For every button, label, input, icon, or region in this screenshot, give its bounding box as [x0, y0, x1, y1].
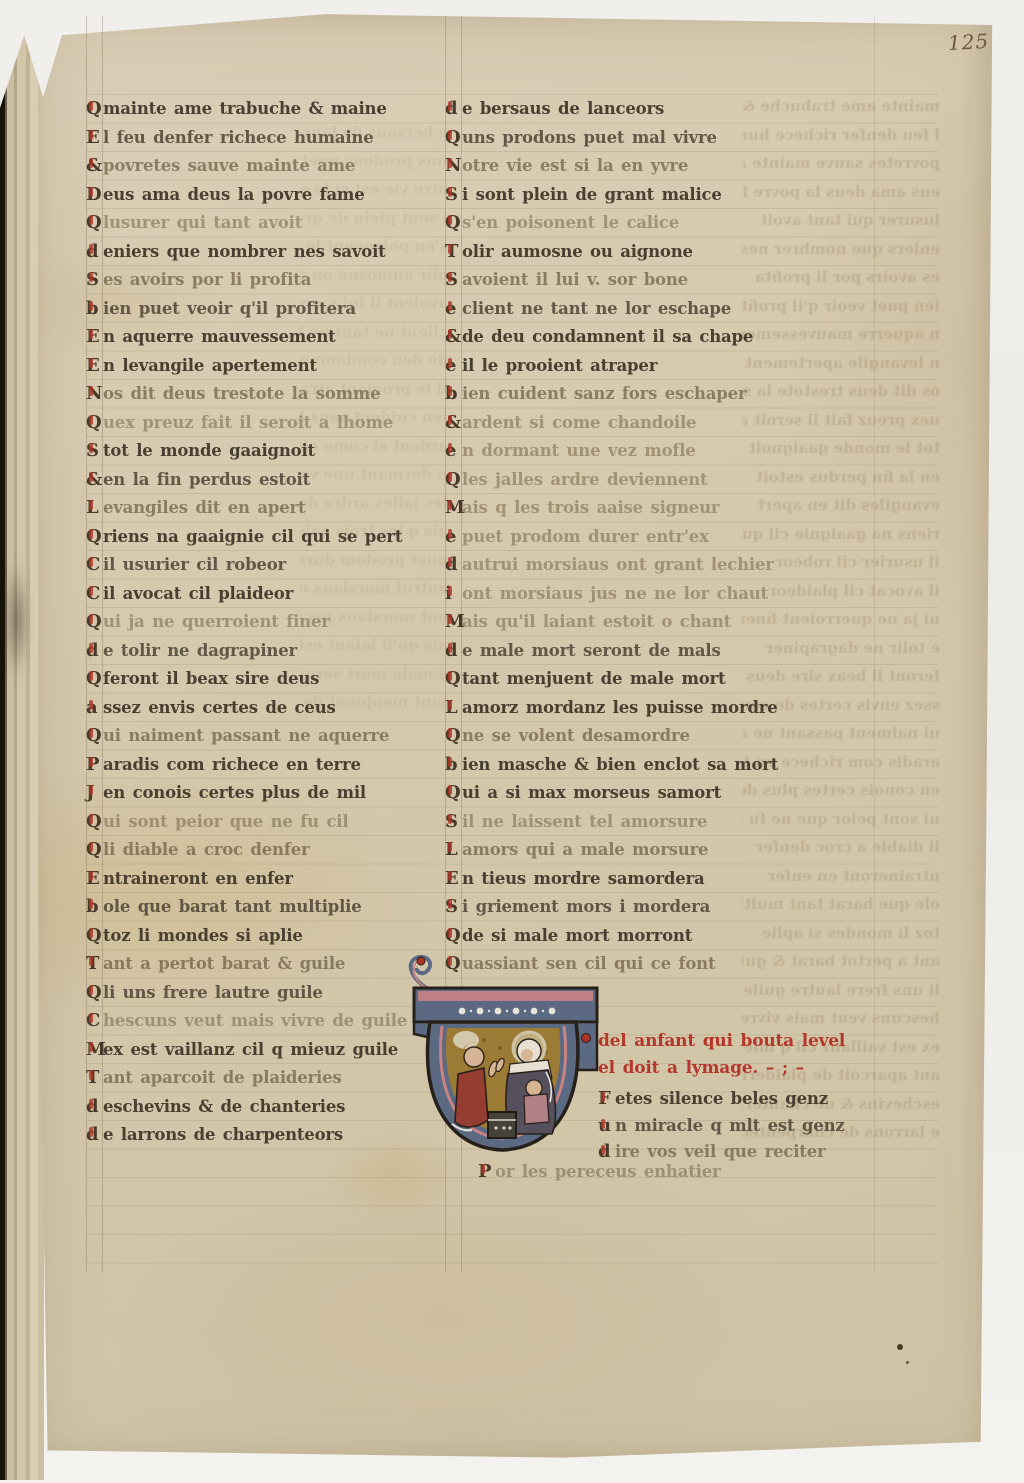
worm-hole-small [906, 1361, 909, 1364]
verse-line: Qui a si max morseus samort [445, 779, 885, 808]
line-initial: T [86, 950, 103, 979]
line-initial: S [445, 181, 462, 210]
line-initial: & [86, 466, 103, 495]
verse-text: ant aparcoit de plaideries [103, 1068, 341, 1087]
line-initial: Q [86, 409, 103, 438]
miracle-opening-lines: Fetes silence beles genzun miracle q mlt… [598, 1086, 845, 1166]
verse-text: client ne tant ne lor eschape [462, 299, 731, 318]
verse-text: n aquerre mauvessement [103, 327, 336, 346]
line-initial: b [86, 295, 103, 324]
verse-line: Mais qu'il laiant estoit o chant [445, 608, 885, 637]
verse-text: e larrons de charpenteors [103, 1125, 343, 1144]
verse-text: de deu condamnent il sa chape [462, 327, 753, 346]
verse-line: Sil ne laissent tel amorsure [445, 808, 885, 837]
line-initial: e [445, 437, 462, 466]
gutter-smudge [4, 560, 30, 680]
verse-line: iont morsiaus jus ne ne lor chaut [445, 580, 885, 609]
verse-line: Fetes silence beles genz [598, 1086, 845, 1113]
line-initial: S [445, 266, 462, 295]
line-initial: N [86, 380, 103, 409]
verse-text: olir aumosne ou aignone [462, 242, 693, 261]
verse-line: Deus ama deus la povre fame [86, 181, 451, 210]
line-initial: b [445, 751, 462, 780]
verse-line: &de deu condamnent il sa chape [445, 323, 885, 352]
line-initial: e [445, 352, 462, 381]
verse-line: En aquerre mauvessement [86, 323, 451, 352]
verse-line: El feu denfer richece humaine [86, 124, 451, 153]
verse-text: il avocat cil plaideor [103, 584, 293, 603]
verse-text: eschevins & de chanteries [103, 1097, 345, 1116]
verse-text: etes silence beles genz [615, 1089, 828, 1108]
verse-text: ais qu'il laiant estoit o chant [462, 612, 731, 631]
line-initial: Q [445, 665, 462, 694]
verse-line: Qli diable a croc denfer [86, 836, 451, 865]
verse-text: uassiant sen cil qui ce font [462, 954, 715, 973]
line-initial: b [445, 380, 462, 409]
verse-line: Qli uns frere lautre guile [86, 979, 451, 1008]
verse-line: bien puet veoir q'il profitera [86, 295, 451, 324]
line-initial: S [86, 437, 103, 466]
line-initial: Q [86, 608, 103, 637]
line-initial: E [86, 323, 103, 352]
verse-text: hescuns veut mais vivre de guile [103, 1011, 407, 1030]
line-initial: & [445, 409, 462, 438]
line-initial: u [598, 1113, 615, 1140]
line-initial: Q [86, 836, 103, 865]
worm-hole [897, 1344, 903, 1350]
line-initial: Q [445, 124, 462, 153]
line-initial: C [86, 580, 103, 609]
line-initial: M [445, 494, 462, 523]
line-initial: b [86, 893, 103, 922]
verse-text: eus ama deus la povre fame [103, 185, 365, 204]
verse-text: mainte ame trabuche & maine [103, 99, 387, 118]
verse-line: En tieus mordre samordera [445, 865, 885, 894]
verse-text: povretes sauve mainte ame [103, 156, 355, 175]
verse-line: Qriens na gaaignie cil qui se pert [86, 523, 451, 552]
line-initial: N [445, 152, 462, 181]
verse-line: bole que barat tant multiplie [86, 893, 451, 922]
verse-text: ont morsiaus jus ne ne lor chaut [462, 584, 768, 603]
line-initial: Q [445, 722, 462, 751]
verse-text: os dit deus trestote la somme [103, 384, 380, 403]
line-initial: d [445, 551, 462, 580]
verse-text: il le prooient atraper [462, 356, 657, 375]
line-initial: T [86, 1064, 103, 1093]
verse-text: n tieus mordre samordera [462, 869, 705, 888]
verse-text: i griement mors i mordera [462, 897, 710, 916]
verse-text: n miracle q mlt est genz [615, 1116, 845, 1135]
line-initial: Q [86, 523, 103, 552]
verse-line: Entraineront en enfer [86, 865, 451, 894]
verse-text: ien masche & bien enclot sa mort [462, 755, 778, 774]
verse-line: Lamorz mordanz les puisse mordre [445, 694, 885, 723]
verse-column-left: Qmainte ame trabuche & maineEl feu denfe… [86, 95, 451, 1150]
verse-line: epuet prodom durer entr'ex [445, 523, 885, 552]
line-initial: & [86, 152, 103, 181]
verse-line: Tolir aumosne ou aignone [445, 238, 885, 267]
verse-text: tot le monde gaaignoit [103, 441, 315, 460]
verse-line: Cil usurier cil robeor [86, 551, 451, 580]
verse-text: ssez envis certes de ceus [103, 698, 336, 717]
verse-line: Tant aparcoit de plaideries [86, 1064, 451, 1093]
line-initial: L [445, 836, 462, 865]
line-initial: Q [445, 209, 462, 238]
line-initial: Q [86, 979, 103, 1008]
line-initial: P [86, 751, 103, 780]
verse-line: Qui naiment passant ne aquerre [86, 722, 451, 751]
verse-line: de bersaus de lanceors [445, 95, 885, 124]
verse-text: les jalles ardre deviennent [462, 470, 707, 489]
verse-text: ex est vaillanz cil q mieuz guile [103, 1040, 398, 1059]
line-initial: E [86, 352, 103, 381]
offering-casket [488, 1112, 516, 1138]
verse-line: bien masche & bien enclot sa mort [445, 751, 885, 780]
line-initial: Q [86, 808, 103, 837]
verse-text: n dormant une vez mofle [462, 441, 696, 460]
verse-text: en la fin perdus estoit [103, 470, 310, 489]
verse-text: riens na gaaignie cil qui se pert [103, 527, 402, 546]
verse-text: es avoirs por li profita [103, 270, 311, 289]
line-initial: M [86, 1036, 103, 1065]
verse-line: Si griement mors i mordera [445, 893, 885, 922]
line-initial: C [86, 551, 103, 580]
verse-text: ien cuident sanz fors eschaper [462, 384, 746, 403]
verse-line: Stot le monde gaaignoit [86, 437, 451, 466]
verse-line: un miracle q mlt est genz [598, 1113, 845, 1140]
verse-text: e bersaus de lanceors [462, 99, 664, 118]
verse-text: ui a si max morseus samort [462, 783, 721, 802]
line-initial: E [86, 865, 103, 894]
verse-line: Paradis com richece en terre [86, 751, 451, 780]
verse-line: Ses avoirs por li profita [86, 266, 451, 295]
verse-text: li diable a croc denfer [103, 840, 310, 859]
verse-text: eniers que nombrer nes savoit [103, 242, 386, 261]
verse-text: e tolir ne dagrapiner [103, 641, 297, 660]
verse-line: Jen conois certes plus de mil [86, 779, 451, 808]
verse-line: Qs'en poisonent le calice [445, 209, 885, 238]
verse-text: li uns frere lautre guile [103, 983, 323, 1002]
verse-line: &ardent si come chandoile [445, 409, 885, 438]
verse-line: Quns prodons puet mal vivre [445, 124, 885, 153]
verse-line: Savoient il lui v. sor bone [445, 266, 885, 295]
line-initial: E [445, 865, 462, 894]
verse-line: Si sont plein de grant malice [445, 181, 885, 210]
verse-text: il usurier cil robeor [103, 555, 286, 574]
verse-line: bien cuident sanz fors eschaper [445, 380, 885, 409]
verse-line: Qtoz li mondes si aplie [86, 922, 451, 951]
verse-text: aradis com richece en terre [103, 755, 361, 774]
line-initial: Q [86, 95, 103, 124]
verse-text: lusurer qui tant avoit [103, 213, 302, 232]
verse-text: amors qui a male morsure [462, 840, 708, 859]
verse-line: Mex est vaillanz cil q mieuz guile [86, 1036, 451, 1065]
line-initial: Q [445, 922, 462, 951]
verse-text: ne se volent desamordre [462, 726, 690, 745]
verse-text: ole que barat tant multiplie [103, 897, 362, 916]
verse-text: or les pereceus enhatier [495, 1162, 721, 1181]
line-initial: e [445, 523, 462, 552]
verse-line: dautrui morsiaus ont grant lechier [445, 551, 885, 580]
verse-line: Qtant menjuent de male mort [445, 665, 885, 694]
line-initial: S [445, 893, 462, 922]
verse-text: puet prodom durer entr'ex [462, 527, 709, 546]
line-initial: D [86, 181, 103, 210]
verse-line: Lamors qui a male morsure [445, 836, 885, 865]
verse-line: Qferont il beax sire deus [86, 665, 451, 694]
verse-text: evangiles dit en apert [103, 498, 305, 517]
line-initial: a [86, 694, 103, 723]
line-initial: F [598, 1086, 615, 1113]
verse-line: &en la fin perdus estoit [86, 466, 451, 495]
verse-text: ardent si come chandoile [462, 413, 696, 432]
line-initial: d [86, 637, 103, 666]
line-initial: J [86, 779, 103, 808]
line-initial: d [86, 1121, 103, 1150]
verse-line: de tolir ne dagrapiner [86, 637, 451, 666]
verse-text: uns prodons puet mal vivre [462, 128, 717, 147]
verse-text: n levangile apertement [103, 356, 317, 375]
verse-text: e male mort seront de mals [462, 641, 721, 660]
photograph-background: 125 mainte ame trabuche & mainel feu den… [0, 0, 1024, 1483]
verse-line: Mais q les trois aaise signeur [445, 494, 885, 523]
rubric: del anfant qui bouta level el doit a lym… [598, 1028, 845, 1082]
rubric-line-1: del anfant qui bouta level [598, 1028, 845, 1055]
verse-text: tant menjuent de male mort [462, 669, 725, 688]
line-initial: Q [86, 209, 103, 238]
verse-line: eclient ne tant ne lor eschape [445, 295, 885, 324]
verse-text: en conois certes plus de mil [103, 783, 366, 802]
verse-line: Qne se volent desamordre [445, 722, 885, 751]
final-verse-line: Por les pereceus enhatier [478, 1158, 721, 1187]
line-initial: e [445, 295, 462, 324]
line-initial: L [445, 694, 462, 723]
verse-text: i sont plein de grant malice [462, 185, 722, 204]
line-initial: Q [86, 722, 103, 751]
line-initial: & [445, 323, 462, 352]
line-initial: d [445, 95, 462, 124]
verse-text: ais q les trois aaise signeur [462, 498, 719, 517]
verse-line: Qmainte ame trabuche & maine [86, 95, 451, 124]
verse-column-right: de bersaus de lanceorsQuns prodons puet … [445, 95, 885, 979]
line-initial: P [478, 1158, 495, 1187]
verse-line: Qde si male mort morront [445, 922, 885, 951]
verse-line: Quex preuz fait il seroit a lhome [86, 409, 451, 438]
verse-text: toz li mondes si aplie [103, 926, 303, 945]
verse-text: ntraineront en enfer [103, 869, 293, 888]
verse-text: uex preuz fait il seroit a lhome [103, 413, 393, 432]
line-initial: E [86, 124, 103, 153]
verse-line: Nos dit deus trestote la somme [86, 380, 451, 409]
line-initial: d [86, 238, 103, 267]
verse-line: Qui ja ne querroient finer [86, 608, 451, 637]
verse-line: &povretes sauve mainte ame [86, 152, 451, 181]
verse-text: ire vos veil que reciter [615, 1142, 826, 1161]
verse-line: Levangiles dit en apert [86, 494, 451, 523]
verse-line: de male mort seront de mals [445, 637, 885, 666]
line-initial: S [445, 808, 462, 837]
rubric-line-2: el doit a lymage. [598, 1058, 758, 1078]
verse-line: Qui sont peior que ne fu cil [86, 808, 451, 837]
verse-text: l feu denfer richece humaine [103, 128, 374, 147]
line-initial: M [445, 608, 462, 637]
verse-line: Qles jalles ardre deviennent [445, 466, 885, 495]
verse-line: Chescuns veut mais vivre de guile [86, 1007, 451, 1036]
verse-line: Notre vie est si la en yvre [445, 152, 885, 181]
book-gutter-page-edges [0, 28, 44, 1480]
line-initial: S [86, 266, 103, 295]
line-initial: Q [86, 665, 103, 694]
verse-text: amorz mordanz les puisse mordre [462, 698, 778, 717]
line-initial: Q [445, 779, 462, 808]
line-initial: Q [445, 466, 462, 495]
verse-line: Qlusurer qui tant avoit [86, 209, 451, 238]
verse-text: ui sont peior que ne fu cil [103, 812, 348, 831]
verse-text: ui ja ne querroient finer [103, 612, 330, 631]
folio-number: 125 [947, 29, 989, 55]
line-initial: T [445, 238, 462, 267]
verse-text: de si male mort morront [462, 926, 692, 945]
line-initial: d [86, 1093, 103, 1122]
verse-line: deschevins & de chanteries [86, 1093, 451, 1122]
line-initial: d [445, 637, 462, 666]
line-initial: C [86, 1007, 103, 1036]
verse-text: ien puet veoir q'il profitera [103, 299, 356, 318]
verse-line: assez envis certes de ceus [86, 694, 451, 723]
verse-line: En levangile apertement [86, 352, 451, 381]
verse-line: Cil avocat cil plaideor [86, 580, 451, 609]
verse-text: ant a pertot barat & guile [103, 954, 345, 973]
verse-line: eil le prooient atraper [445, 352, 885, 381]
verse-text: s'en poisonent le calice [462, 213, 679, 232]
verse-text: feront il beax sire deus [103, 669, 319, 688]
line-initial: Q [86, 922, 103, 951]
verse-text: otre vie est si la en yvre [462, 156, 688, 175]
illuminated-initial-miniature [400, 952, 605, 1167]
verse-text: avoient il lui v. sor bone [462, 270, 688, 289]
line-initial: i [445, 580, 462, 609]
rubric-line-filler: – ; – [758, 1058, 804, 1078]
foliate-flourish [411, 957, 430, 990]
verse-line: deniers que nombrer nes savoit [86, 238, 451, 267]
verse-text: autrui morsiaus ont grant lechier [462, 555, 774, 574]
verse-text: il ne laissent tel amorsure [462, 812, 707, 831]
line-initial: L [86, 494, 103, 523]
verse-text: ui naiment passant ne aquerre [103, 726, 389, 745]
verse-line: en dormant une vez mofle [445, 437, 885, 466]
verse-line: Tant a pertot barat & guile [86, 950, 451, 979]
